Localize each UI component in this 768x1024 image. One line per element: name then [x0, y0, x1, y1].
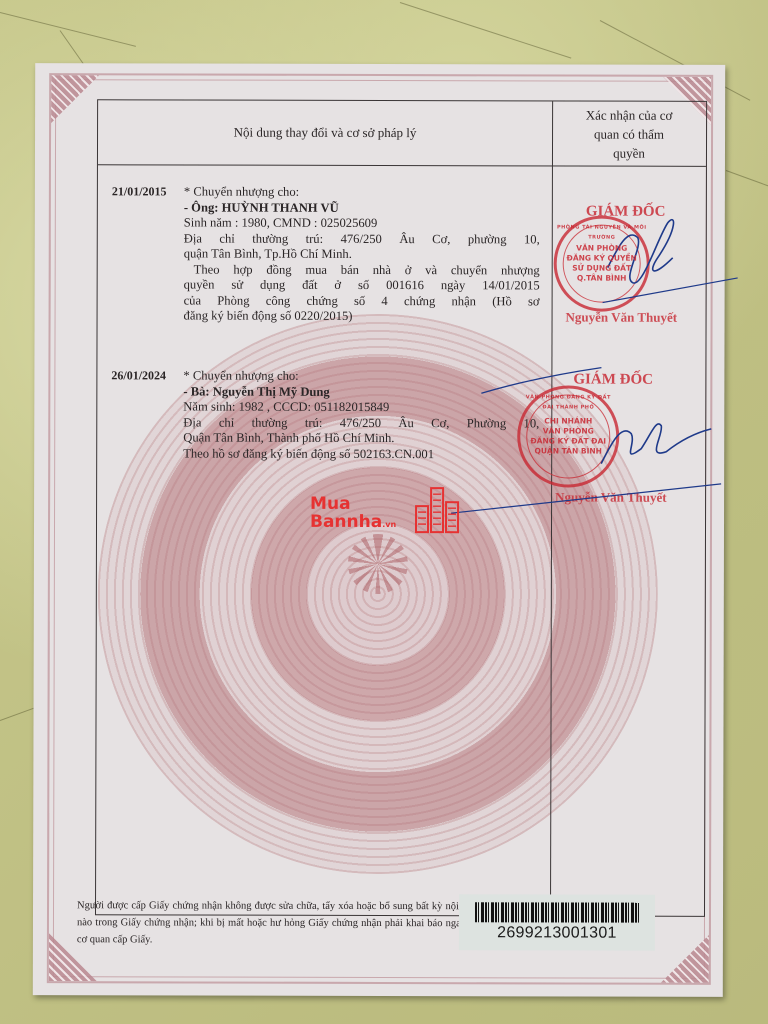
entry-body: * Chuyển nhượng cho: - Ông: HUỲNH THANH …	[184, 184, 540, 324]
signer-name: Nguyễn Văn Thuyết	[566, 309, 678, 325]
header-content-changes: Nội dung thay đổi và cơ sở pháp lý	[98, 100, 552, 165]
stamp-ring-text: PHÒNG TÀI NGUYÊN VÀ MÔI TRƯỜNG	[557, 222, 647, 242]
stamp-line: CHI NHÁNH	[544, 416, 592, 426]
stamp-line: QUẬN TÂN BÌNH	[534, 446, 601, 456]
header-certification: Xác nhận của cơ quan có thẩm quyền	[553, 105, 705, 162]
corner-ornament	[51, 75, 99, 123]
header-line: Xác nhận của cơ	[553, 105, 705, 124]
footer-warning-note: Người được cấp Giấy chứng nhận không đượ…	[77, 897, 483, 949]
table-header: Nội dung thay đổi và cơ sở pháp lý Xác n…	[98, 100, 706, 167]
entry-line: * Chuyển nhượng cho:	[184, 184, 540, 200]
logo-line-1: Mua	[310, 496, 396, 513]
marble-vein	[400, 2, 571, 59]
entry-2024: 26/01/2024 * Chuyển nhượng cho: - Bà: Ng…	[111, 368, 541, 369]
marble-vein	[726, 170, 768, 191]
barcode-label: 2699213001301	[459, 894, 655, 951]
entry-date: 21/01/2015	[112, 184, 167, 200]
stamp-line: ĐĂNG KÝ ĐẤT ĐAI	[530, 436, 606, 446]
changes-table: Nội dung thay đổi và cơ sở pháp lý Xác n…	[95, 99, 707, 917]
muabannha-watermark: Mua Bannha.vn	[310, 496, 396, 534]
logo-line-2: Bannha	[310, 512, 382, 532]
stamp-line: SỬ DỤNG ĐẤT	[572, 264, 631, 274]
entry-line: Địa chỉ thường trú: 476/250 Âu Cơ, phườn…	[184, 231, 540, 247]
entry-line: của Phòng công chứng số 4 chứng nhận (Hồ…	[184, 293, 540, 309]
stamp-line: ĐĂNG KÝ QUYỀN	[567, 253, 637, 263]
entry-date: 26/01/2024	[111, 368, 166, 384]
marble-vein	[0, 706, 38, 721]
entry-line: quyền sử dụng đất ở số 001616 ngày 14/01…	[184, 277, 540, 293]
header-line: quan có thẩm	[553, 124, 705, 143]
corner-ornament	[661, 935, 709, 983]
barcode-number: 2699213001301	[459, 924, 655, 943]
barcode-icon	[475, 902, 639, 922]
building-logo-icon	[414, 486, 462, 534]
stamp-line: Q.TÂN BÌNH	[577, 274, 627, 284]
entry-line: đăng ký biến động số 0220/2015)	[184, 308, 540, 324]
stamp-line: VĂN PHÒNG	[543, 426, 594, 436]
stamp-line: VĂN PHÒNG	[576, 244, 627, 254]
logo-suffix: .vn	[382, 520, 396, 529]
entry-line: Sinh năm : 1980, CMND : 025025609	[184, 215, 540, 231]
entry-line: quận Tân Bình, Tp.Hồ Chí Minh.	[184, 246, 540, 262]
transferee-name: - Ông: HUỲNH THANH VŨ	[184, 200, 540, 216]
header-line: quyền	[553, 143, 705, 162]
entry-line: Theo hợp đồng mua bán nhà ở và chuyển nh…	[184, 262, 540, 278]
entry-2015: 21/01/2015 * Chuyển nhượng cho: - Ông: H…	[112, 184, 542, 185]
land-certificate-page: Nội dung thay đổi và cơ sở pháp lý Xác n…	[33, 63, 725, 997]
stamp-ring-text: VĂN PHÒNG ĐĂNG KÝ ĐẤT ĐAI THÀNH PHỐ	[520, 392, 616, 412]
